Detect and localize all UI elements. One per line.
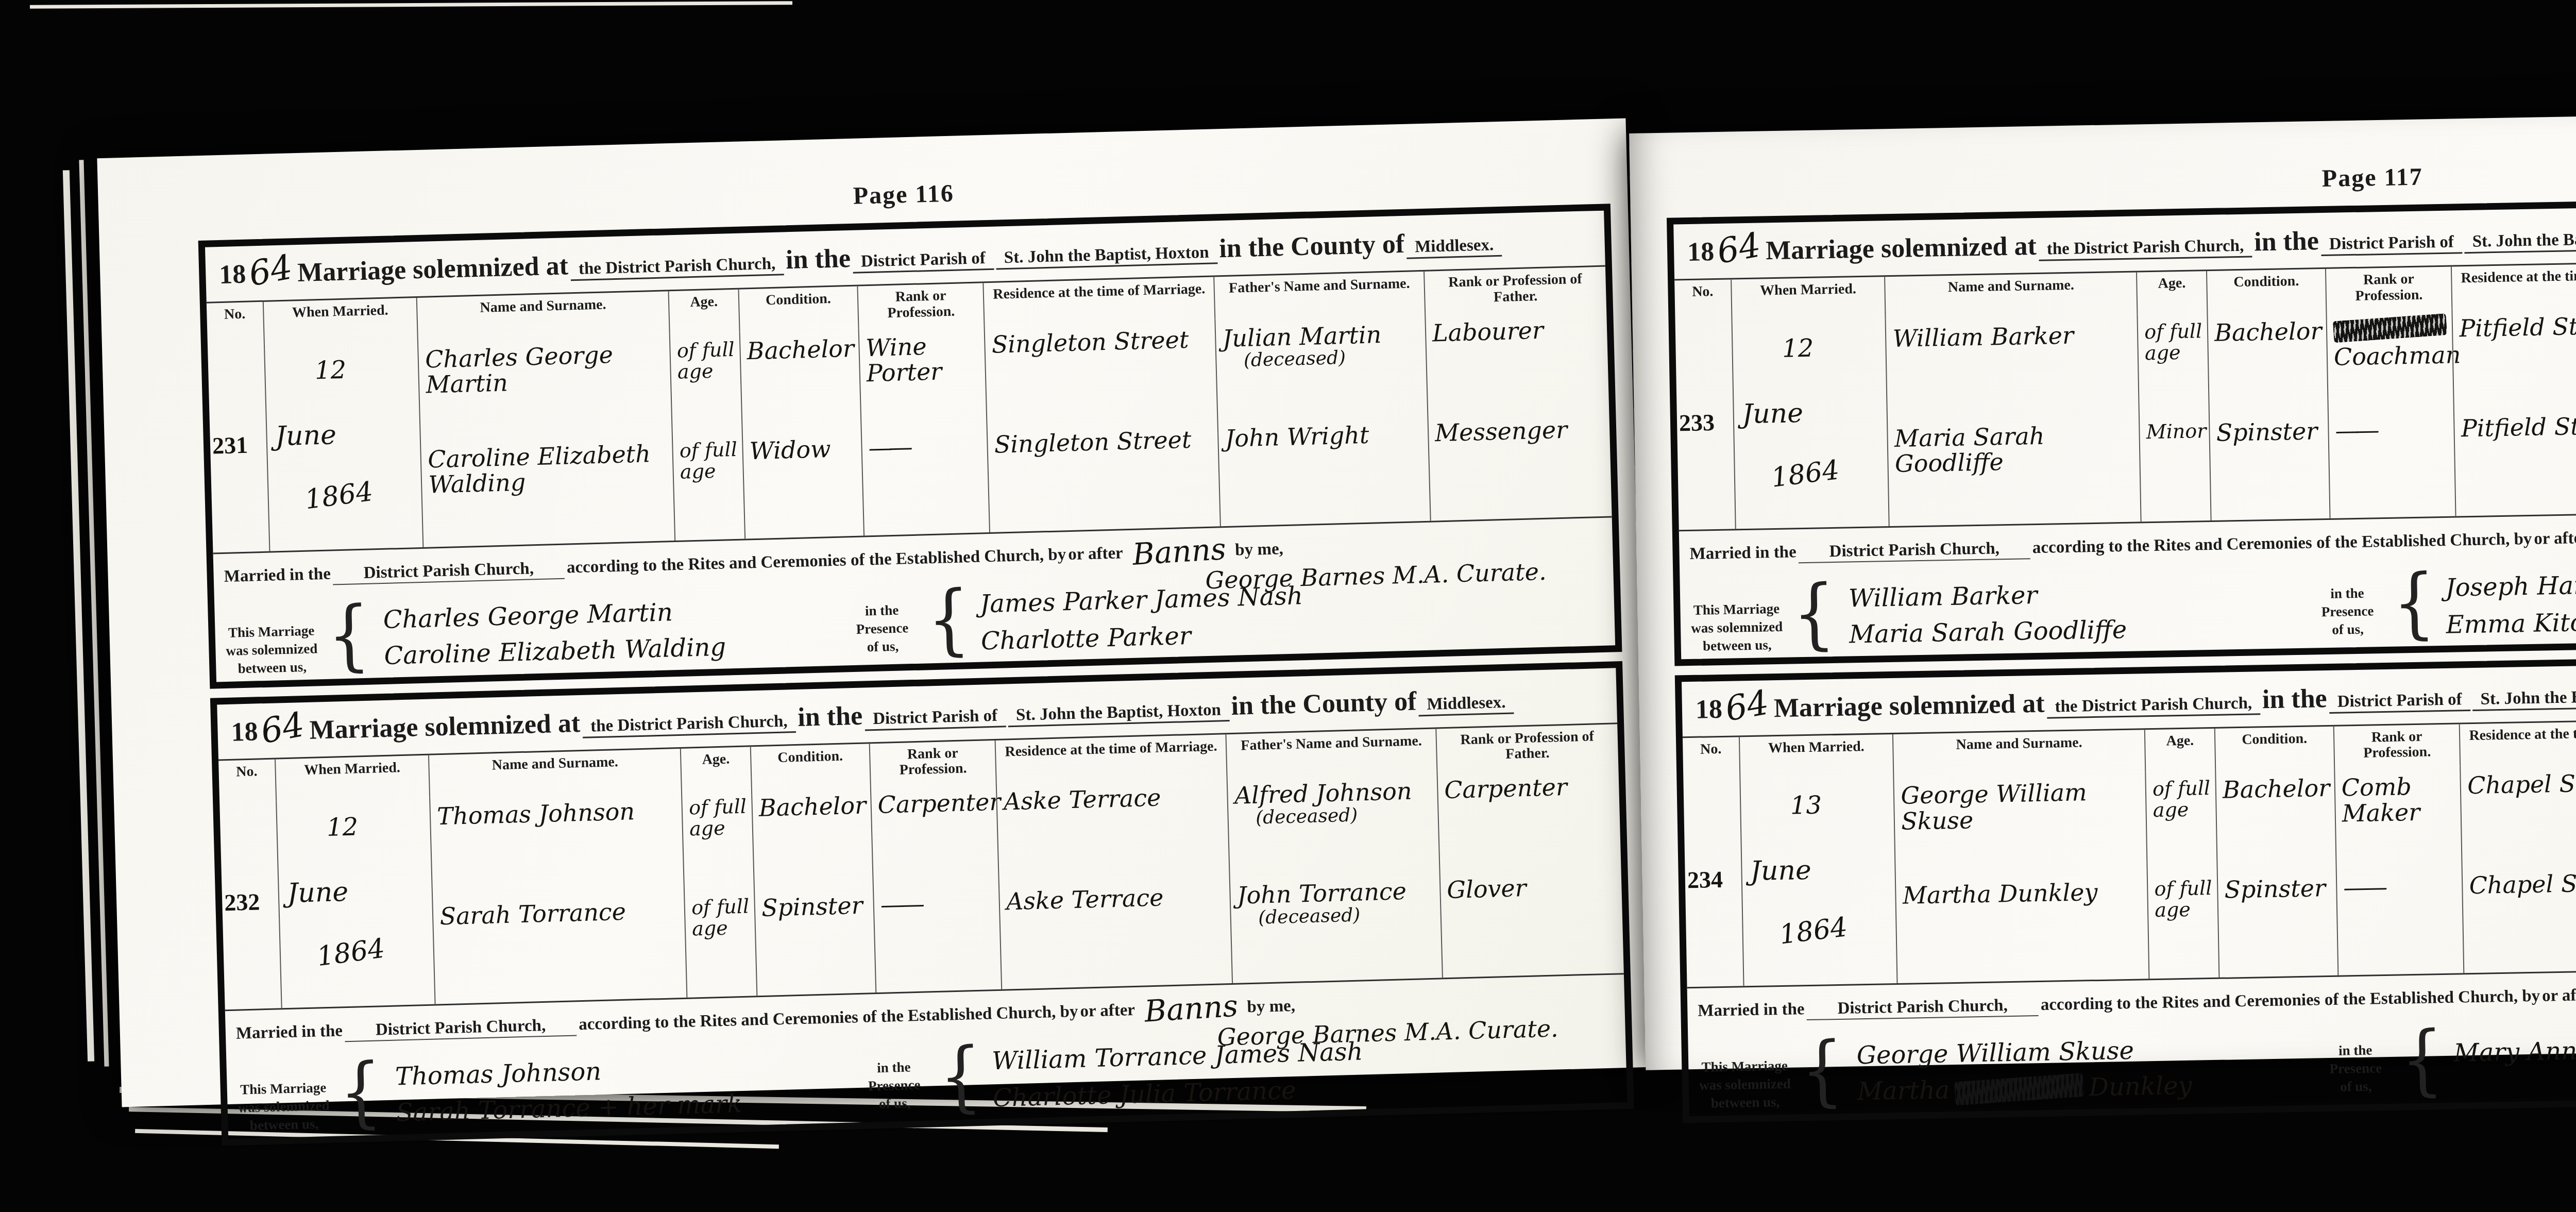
- cell-no: 233: [1675, 322, 1735, 530]
- brace-glyph: {: [2400, 1026, 2444, 1092]
- col-age: Age.: [2144, 729, 2215, 772]
- groom-rank: Wine Porter: [866, 332, 982, 386]
- groom-age: of full age: [676, 339, 737, 382]
- presence-label: in thePresenceof us,: [2301, 574, 2393, 639]
- couple-signatures: Thomas Johnson Sarah Torrance + her mark: [381, 1051, 850, 1128]
- groom-father: Alfred Johnson(deceased): [1234, 778, 1435, 829]
- cell-no: 231: [208, 344, 269, 552]
- district-parish-label: District Parish of: [2329, 690, 2470, 714]
- presence-label: in thePresenceof us,: [836, 591, 928, 657]
- groom-name: Charles George Martin: [425, 341, 668, 398]
- bride-father-rank: Messenger: [1434, 416, 1606, 446]
- cell-age: of full age Minor: [2137, 313, 2211, 521]
- col-father: Father's Name and Surname.: [1214, 272, 1425, 319]
- col-age: Age.: [668, 290, 739, 333]
- groom-father-rank: Carpenter: [1444, 773, 1616, 803]
- in-the-label: in the: [2254, 226, 2319, 257]
- deceased-note: (deceased): [1223, 346, 1422, 372]
- church-name: the District Parish Church,: [2046, 694, 2260, 718]
- cell-condition: Bachelor Spinster: [2207, 311, 2329, 520]
- witness-signatures: James Parker James Nash Charlotte Parker: [969, 573, 1615, 656]
- parish-name: St. John the Baptist, Hoxton: [1008, 700, 1230, 727]
- bride-residence: Chapel Street: [2469, 869, 2576, 899]
- entry-row: 233 12 June 1864 William Barker Maria Sa…: [1675, 298, 2576, 530]
- church-name: the District Parish Church,: [582, 712, 796, 738]
- register-page-right: AK Page 117 1864 Marriage solemnized at …: [1629, 106, 2576, 1070]
- cell-names: Charles George Martin Caroline Elizabeth…: [417, 333, 674, 547]
- col-when-married: When Married.: [275, 755, 430, 801]
- year-prefix: 18: [1687, 237, 1715, 267]
- married-church: District Parish Church,: [332, 558, 565, 585]
- presence-label: in thePresenceof us,: [848, 1048, 940, 1114]
- brace-glyph: {: [939, 1043, 983, 1109]
- register-page-left: Page 116 1864 Marriage solemnized at the…: [97, 118, 1650, 1107]
- married-church: District Parish Church,: [1806, 996, 2039, 1020]
- cell-rank: Wine Porter ——: [858, 325, 989, 535]
- col-residence: Residence at the time of Marriage.: [2459, 720, 2576, 766]
- col-name: Name and Surname.: [428, 749, 681, 797]
- marriage-month: June: [1750, 855, 1812, 887]
- entry-number: 232: [224, 888, 260, 917]
- groom-rank: Carpenter: [877, 789, 994, 818]
- bride-name: Martha Dunkley: [1902, 879, 2144, 909]
- couple-signatures: William Barker Maria Sarah Goodliffe: [1835, 576, 2302, 649]
- year-handwritten: 64: [1714, 225, 1764, 271]
- cell-names: George William Skuse Martha Dunkley: [1893, 772, 2149, 984]
- cell-residence: Singleton Street Singleton Street: [984, 319, 1220, 532]
- witness-signature: Mary Ann Gould: [2453, 1028, 2576, 1068]
- year-handwritten: 64: [1722, 682, 1772, 729]
- married-in-label: Married in the: [224, 564, 331, 585]
- solemnized-label: Marriage solemnized at: [1766, 231, 2037, 265]
- col-residence: Residence at the time of Marriage.: [995, 734, 1227, 782]
- crossed-out-word: [2333, 313, 2447, 343]
- cell-father-rank: Carpenter Glover: [1436, 766, 1623, 978]
- groom-age: of full age: [2153, 778, 2213, 821]
- by-me-label: by me,: [1247, 997, 1295, 1016]
- witness-signatures: Mary Ann Gould: [2443, 1019, 2576, 1068]
- signature-block: This Marriagewas solemnizedbetween us, {…: [214, 573, 1615, 678]
- solemnized-between-label: This Marriagewas solemnizedbetween us,: [1680, 585, 1793, 655]
- by-me-label: by me,: [1235, 540, 1283, 559]
- bride-residence: Pitfield Street: [2461, 412, 2576, 441]
- solemnized-label: Marriage solemnized at: [1773, 688, 2045, 722]
- col-rank: Rank or Profession.: [2325, 267, 2452, 311]
- col-no: No.: [1683, 737, 1739, 780]
- marriage-year: 1864: [1769, 454, 1841, 494]
- cell-when-married: 12 June 1864: [1731, 319, 1889, 529]
- groom-signature: George William Skuse: [1856, 1033, 2310, 1070]
- marriage-day: 12: [314, 355, 347, 385]
- bride-age: Minor: [2146, 420, 2206, 443]
- church-name: the District Parish Church,: [2038, 236, 2252, 261]
- page-number: Page 117: [1665, 108, 2576, 218]
- witness-signature: Charlotte Parker: [980, 610, 1615, 655]
- year-handwritten: 64: [246, 247, 296, 294]
- register-scan: Page 116 1864 Marriage solemnized at the…: [0, 0, 2576, 1212]
- witness-signature: Emma Kitchingman: [2446, 599, 2576, 639]
- witness-signatures: William Torrance James Nash Charlotte Ju…: [981, 1030, 1627, 1113]
- or-after-label: or after: [2534, 529, 2576, 548]
- col-condition: Condition.: [2214, 726, 2334, 770]
- parish-name: St. John the Baptist, Hoxton: [2472, 686, 2576, 711]
- col-no: No.: [218, 759, 276, 802]
- col-rank: Rank or Profession.: [869, 740, 996, 786]
- groom-father-rank: Labourer: [1432, 316, 1604, 346]
- col-no: No.: [207, 302, 264, 345]
- marriage-record-232: 1864 Marriage solemnized at the District…: [210, 661, 1634, 1146]
- cell-names: William Barker Maria Sarah Goodliffe: [1885, 314, 2141, 526]
- marriage-month: June: [275, 419, 336, 452]
- married-in-label: Married in the: [235, 1021, 343, 1042]
- brace-glyph: {: [1792, 580, 1836, 646]
- married-church: District Parish Church,: [345, 1016, 577, 1042]
- groom-residence: Singleton Street: [991, 326, 1212, 358]
- bride-rank: ——: [2343, 873, 2459, 901]
- bride-condition: Spinster: [2224, 876, 2333, 903]
- county-label: in the County of: [1231, 686, 1417, 720]
- cell-age: of full age of full age: [669, 331, 744, 540]
- entry-number: 233: [1679, 409, 1715, 436]
- cell-father: Alfred Johnson(deceased) John Torrance(d…: [1227, 771, 1442, 984]
- witness-signatures: Joseph Harrison Kitchingman Emma Kitchin…: [2435, 562, 2576, 639]
- bride-signature: Maria Sarah Goodliffe: [1849, 612, 2303, 649]
- couple-signatures: George William Skuse MarthaDunkley: [1843, 1033, 2311, 1106]
- col-rank: Rank or Profession.: [2333, 724, 2460, 768]
- groom-name: William Barker: [1892, 322, 2134, 351]
- cell-no: 232: [219, 801, 281, 1010]
- col-residence: Residence at the time of Marriage.: [983, 277, 1215, 325]
- col-condition: Condition.: [2206, 269, 2326, 313]
- groom-age: of full age: [2144, 321, 2205, 364]
- cell-father-rank: Labourer Messenger: [1425, 309, 1612, 520]
- bride-residence: Aske Terrace: [1006, 883, 1227, 915]
- bride-condition: Spinster: [761, 893, 870, 921]
- marriage-record-233: 1864 Marriage solemnized at the District…: [1667, 193, 2576, 666]
- in-the-label: in the: [2262, 684, 2327, 714]
- groom-rank: Coachman: [2333, 316, 2450, 370]
- col-when-married: When Married.: [1731, 277, 1885, 322]
- cell-rank: Coachman ——: [2326, 309, 2455, 518]
- marriage-month: June: [1742, 398, 1804, 430]
- marriage-month: June: [287, 877, 349, 909]
- cell-condition: Bachelor Spinster: [751, 785, 875, 996]
- bride-father: John Torrance(deceased): [1236, 878, 1437, 929]
- married-in-label: Married in the: [1698, 1000, 1805, 1020]
- cell-residence: Aske Terrace Aske Terrace: [996, 776, 1232, 989]
- church-name: the District Parish Church,: [570, 254, 784, 281]
- bride-signature: MarthaDunkley: [1857, 1069, 2311, 1106]
- entry-number: 231: [212, 431, 248, 459]
- rites-label: according to the Rites and Ceremonies of…: [2032, 529, 2532, 557]
- district-parish-label: District Parish of: [2321, 232, 2463, 256]
- bride-age: of full age: [679, 439, 740, 482]
- solemnized-label: Marriage solemnized at: [309, 709, 581, 745]
- col-father: Father's Name and Surname.: [1226, 729, 1436, 776]
- groom-name: George William Skuse: [1901, 779, 2143, 835]
- brace-glyph: {: [327, 601, 371, 668]
- bride-rank: ——: [2335, 416, 2451, 444]
- marriage-day: 12: [326, 813, 359, 843]
- signature-block: This Marriagewas solemnizedbetween us, {…: [1680, 562, 2576, 656]
- groom-residence: Chapel Street: [2467, 769, 2576, 799]
- groom-signature: William Barker: [1848, 576, 2302, 613]
- cell-residence: Pitfield Street Pitfield Street: [2452, 305, 2576, 516]
- or-after-label: or after: [2542, 986, 2576, 1005]
- col-residence: Residence at the time of Marriage.: [2451, 263, 2576, 309]
- married-church: District Parish Church,: [1798, 538, 2030, 563]
- groom-signature: Charles George Martin: [383, 593, 837, 634]
- rites-label: according to the Rites and Ceremonies of…: [2040, 987, 2540, 1014]
- cell-when-married: 12 June 1864: [264, 340, 423, 551]
- or-after-label: or after: [1080, 1001, 1135, 1021]
- year-prefix: 18: [219, 260, 246, 290]
- page-stack-edge: [63, 170, 94, 1062]
- deceased-note: (deceased): [1235, 804, 1435, 829]
- county-label: in the County of: [1219, 229, 1405, 263]
- col-father-rank: Rank or Profession of Father.: [1423, 267, 1606, 314]
- couple-signatures: Charles George Martin Caroline Elizabeth…: [369, 593, 838, 670]
- in-the-label: in the: [785, 244, 851, 275]
- solemnized-between-label: This Marriagewas solemnizedbetween us,: [1688, 1042, 1802, 1113]
- bride-rank: ——: [868, 432, 985, 461]
- groom-age: of full age: [689, 796, 750, 840]
- entry-row: 232 12 June 1864 Thomas Johnson Sarah To…: [219, 766, 1624, 1009]
- bride-father: John Wright: [1225, 420, 1425, 451]
- bride-father-rank: Glover: [1447, 873, 1619, 903]
- or-after-label: or after: [1068, 544, 1123, 564]
- bride-name: Caroline Elizabeth Walding: [428, 441, 670, 498]
- county-name: Middlesex.: [1418, 693, 1514, 716]
- marriage-year: 1864: [303, 476, 375, 515]
- bride-rank: ——: [880, 889, 996, 918]
- brace-glyph: {: [1800, 1037, 1844, 1103]
- witness-signature: Charlotte Julia Torrance: [992, 1067, 1627, 1113]
- section-footer: Married in the District Parish Church, a…: [1679, 505, 2576, 659]
- groom-condition: Bachelor: [758, 793, 868, 821]
- bride-age: of full age: [2154, 878, 2214, 921]
- groom-residence: Pitfield Street: [2459, 312, 2576, 341]
- col-name: Name and Surname.: [1884, 272, 2137, 318]
- crossed-out-word: [1954, 1073, 2084, 1105]
- groom-rank: Comb Maker: [2341, 773, 2458, 827]
- bride-condition: Spinster: [2216, 418, 2325, 446]
- brace-glyph: {: [338, 1058, 383, 1125]
- cell-names: Thomas Johnson Sarah Torrance: [429, 790, 686, 1004]
- marriage-record-231: 1864 Marriage solemnized at the District…: [198, 204, 1622, 688]
- bride-residence: Singleton Street: [994, 426, 1215, 458]
- signature-block: This Marriagewas solemnizedbetween us, {…: [1688, 1019, 2576, 1113]
- in-the-label: in the: [798, 701, 863, 732]
- marriage-day: 12: [1782, 333, 1814, 363]
- solemnized-between-label: This Marriagewas solemnizedbetween us,: [227, 1064, 341, 1136]
- district-parish-label: District Parish of: [865, 706, 1006, 731]
- witness-signature: [2453, 1019, 2576, 1031]
- brace-glyph: {: [926, 585, 971, 652]
- marriage-year: 1864: [315, 933, 386, 973]
- cell-when-married: 12 June 1864: [276, 797, 435, 1008]
- rites-label: according to the Rites and Ceremonies of…: [579, 1002, 1078, 1034]
- district-parish-label: District Parish of: [853, 249, 994, 274]
- col-condition: Condition.: [750, 744, 870, 789]
- solemnized-between-label: This Marriagewas solemnizedbetween us,: [214, 607, 328, 678]
- col-name: Name and Surname.: [1892, 730, 2145, 776]
- deceased-note: (deceased): [1238, 903, 1437, 929]
- cell-father: Julian Martin(deceased) John Wright: [1215, 313, 1430, 526]
- page-stack-edge: [30, 1, 792, 9]
- col-father-rank: Rank or Profession of Father.: [1435, 724, 1618, 771]
- parish-name: St. John the Baptist, Hoxton: [2464, 228, 2576, 254]
- col-when-married: When Married.: [262, 298, 417, 344]
- cell-when-married: 13 June 1864: [1739, 776, 1897, 986]
- rites-label: according to the Rites and Ceremonies of…: [566, 545, 1066, 577]
- solemnized-label: Marriage solemnized at: [297, 251, 569, 288]
- groom-condition: Bachelor: [747, 335, 856, 364]
- groom-father: Julian Martin(deceased): [1222, 321, 1423, 372]
- county-name: Middlesex.: [1406, 235, 1502, 259]
- year-prefix: 18: [231, 717, 258, 747]
- bride-name: Sarah Torrance: [439, 898, 682, 930]
- cell-rank: Carpenter ——: [870, 782, 1002, 992]
- presence-label: in thePresenceof us,: [2310, 1032, 2401, 1097]
- col-name: Name and Surname.: [416, 291, 669, 340]
- marriage-day: 13: [1790, 791, 1822, 820]
- marriage-record-234: 1864 Marriage solemnized at the District…: [1675, 650, 2576, 1123]
- col-rank: Rank or Profession.: [857, 283, 984, 328]
- col-age: Age.: [2136, 271, 2207, 314]
- year-prefix: 18: [1695, 695, 1722, 725]
- col-condition: Condition.: [738, 287, 858, 332]
- bride-age: of full age: [691, 896, 752, 940]
- cell-no: 234: [1683, 779, 1743, 987]
- groom-condition: Bachelor: [2214, 318, 2324, 346]
- cell-residence: Chapel Street Chapel Street: [2460, 762, 2576, 973]
- bride-name: Maria Sarah Goodliffe: [1894, 422, 2137, 477]
- bride-signature: Sarah Torrance + her mark: [396, 1087, 850, 1127]
- groom-condition: Bachelor: [2223, 776, 2332, 803]
- entry-number: 234: [1687, 866, 1723, 894]
- col-age: Age.: [680, 747, 751, 790]
- witness-signature: Joseph Harrison Kitchingman: [2445, 562, 2576, 602]
- cell-condition: Bachelor Spinster: [2215, 768, 2337, 978]
- marriage-year: 1864: [1777, 912, 1849, 951]
- entry-row: 231 12 June 1864 Charles George Martin C…: [208, 309, 1612, 552]
- groom-residence: Aske Terrace: [1003, 784, 1224, 815]
- col-no: No.: [1674, 279, 1731, 323]
- brace-glyph: {: [2392, 569, 2436, 635]
- signature-block: This Marriagewas solemnizedbetween us, {…: [227, 1030, 1628, 1135]
- groom-name: Thomas Johnson: [437, 798, 679, 830]
- cell-age: of full age of full age: [2145, 770, 2219, 979]
- entry-row: 234 13 June 1864 George William Skuse Ma…: [1683, 755, 2576, 987]
- bride-signature: Caroline Elizabeth Walding: [384, 629, 838, 670]
- groom-signature: Thomas Johnson: [395, 1051, 849, 1091]
- cell-condition: Bachelor Widow: [739, 328, 863, 538]
- cell-age: of full age of full age: [681, 789, 756, 998]
- parish-name: St. John the Baptist, Hoxton: [995, 243, 1217, 270]
- bride-condition: Widow: [749, 435, 858, 464]
- year-handwritten: 64: [258, 704, 308, 751]
- section-footer: Married in the District Parish Church, a…: [1687, 962, 2576, 1116]
- married-in-label: Married in the: [1689, 543, 1797, 563]
- cell-rank: Comb Maker ——: [2334, 766, 2464, 975]
- col-when-married: When Married.: [1739, 734, 1893, 779]
